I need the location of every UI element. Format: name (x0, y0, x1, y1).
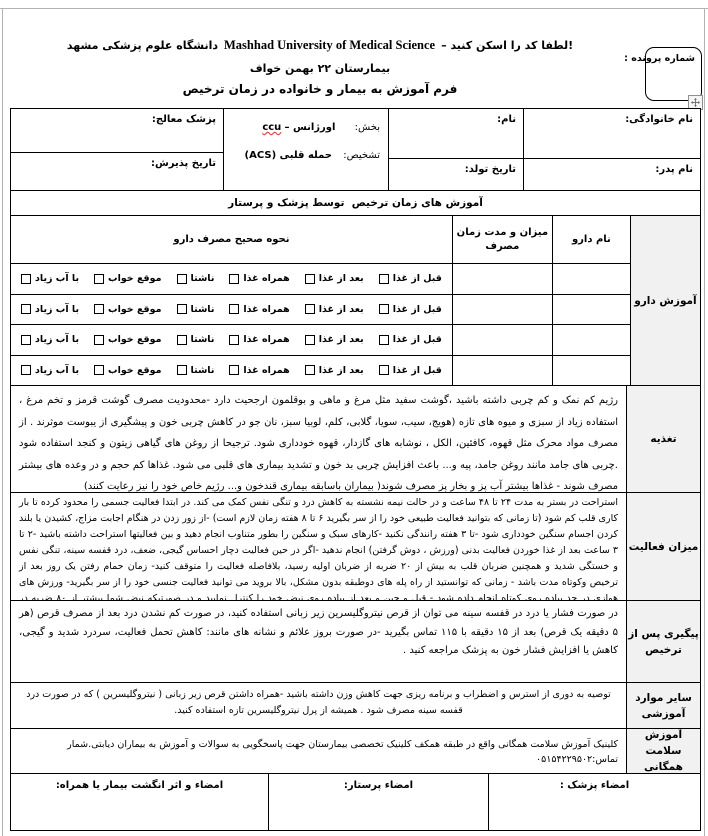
dose-option: قبل از غذا (379, 304, 442, 315)
checkbox-icon[interactable] (21, 274, 31, 284)
section-other-education: سایر موارد آموزشی توصیه به دوری از استرس… (11, 683, 700, 729)
ward-diagnosis-cell[interactable]: بخش: اورژانس – ccu تشخیص: حمله قلبی (ACS… (224, 109, 389, 190)
section-public-health: آموزش سلامت همگانی کلینیک آموزش سلامت هم… (11, 729, 700, 774)
dose-option: قبل از غذا (379, 334, 442, 345)
dose-option-label: با آب زیاد (35, 365, 79, 376)
drug-section-label: آموزش دارو (631, 216, 700, 385)
dose-option-label: ناشتا (191, 334, 215, 345)
drug-amount-cell[interactable] (453, 295, 553, 325)
drug-rows: قبل از غذا بعد از غذا همراه غذا ناشتا مو… (11, 264, 630, 385)
dose-option-label: موقع خواب (108, 334, 161, 345)
dose-option-label: ناشتا (191, 365, 215, 376)
drug-amount-header: میزان و مدت زمان مصرف (453, 216, 553, 263)
patient-info-row: نام خانوادگی: نام پدر: نام: تاریخ تولد: (11, 109, 700, 191)
page-edge-line (2, 8, 3, 836)
birth-date-field[interactable]: تاریخ تولد: (389, 159, 523, 190)
checkbox-icon[interactable] (177, 335, 187, 345)
checkbox-icon[interactable] (305, 335, 315, 345)
drug-name-cell[interactable] (553, 356, 630, 386)
checkbox-icon[interactable] (229, 365, 239, 375)
dose-option: ناشتا (177, 304, 215, 315)
public-health-label: آموزش سلامت همگانی (627, 729, 700, 773)
dose-option-label: ناشتا (191, 273, 215, 284)
dose-option-label: همراه غذا (243, 273, 289, 284)
main-form-table: نام خانوادگی: نام پدر: نام: تاریخ تولد: (10, 108, 701, 831)
dose-option-label: بعد از غذا (319, 334, 364, 345)
dose-option: با آب زیاد (21, 304, 79, 315)
physician-column: پزشک معالج: تاریخ پذیرش: (11, 109, 224, 190)
dose-option-label: بعد از غذا (319, 273, 364, 284)
checkbox-icon[interactable] (21, 335, 31, 345)
checkbox-icon[interactable] (379, 365, 389, 375)
activity-label: میزان فعالیت (627, 493, 700, 600)
nutrition-label: تغذیه (627, 386, 700, 492)
document-header: دانشگاه علوم پزشکی مشهد Mashhad Universi… (60, 38, 580, 96)
dose-option-label: موقع خواب (108, 365, 161, 376)
diagnosis-value: حمله قلبی (ACS) (245, 150, 332, 161)
dose-options: قبل از غذا بعد از غذا همراه غذا ناشتا مو… (11, 295, 453, 325)
signature-row: امضاء پزشک : امضاء پرستار: امضاء و اثر ا… (11, 774, 700, 830)
physician-label: پزشک معالج: (152, 114, 216, 125)
ward-line: بخش: اورژانس – ccu (232, 122, 380, 133)
checkbox-icon[interactable] (379, 304, 389, 314)
drug-name-header: نام دارو (553, 216, 630, 263)
dose-option-label: با آب زیاد (35, 304, 79, 315)
nutrition-text: رژیم کم نمک و کم چربی داشته باشید ،گوشت … (11, 386, 627, 492)
checkbox-icon[interactable] (229, 304, 239, 314)
checkbox-icon[interactable] (229, 335, 239, 345)
drug-amount-cell[interactable] (453, 325, 553, 355)
physician-field[interactable]: پزشک معالج: (11, 109, 223, 153)
ward-label: بخش: (355, 122, 380, 133)
father-name-field[interactable]: نام پدر: (524, 159, 700, 190)
drug-name-cell[interactable] (553, 264, 630, 294)
checkbox-icon[interactable] (21, 365, 31, 375)
dose-option-label: با آب زیاد (35, 334, 79, 345)
dose-option-label: بعد از غذا (319, 365, 364, 376)
dose-option: همراه غذا (229, 304, 289, 315)
checkbox-icon[interactable] (177, 274, 187, 284)
nurse-signature-label: امضاء پرستار: (344, 780, 413, 791)
dose-option: همراه غذا (229, 365, 289, 376)
followup-text: در صورت فشار یا درد در قفسه سینه می توان… (11, 601, 627, 682)
checkbox-icon[interactable] (94, 304, 104, 314)
followup-label: پیگیری پس از ترخیص (627, 601, 700, 682)
family-name-field[interactable]: نام خانوادگی: (524, 109, 700, 159)
dose-options: قبل از غذا بعد از غذا همراه غذا ناشتا مو… (11, 264, 453, 294)
checkbox-icon[interactable] (305, 365, 315, 375)
public-health-text: کلینیک آموزش سلامت همگانی واقع در طبقه ه… (11, 729, 627, 773)
checkbox-icon[interactable] (177, 304, 187, 314)
dose-option: بعد از غذا (305, 273, 364, 284)
drug-name-cell[interactable] (553, 295, 630, 325)
nurse-signature-field[interactable]: امضاء پرستار: (269, 774, 489, 830)
father-name-label: نام پدر: (655, 164, 693, 175)
checkbox-icon[interactable] (94, 365, 104, 375)
dose-option-label: قبل از غذا (393, 365, 442, 376)
admission-date-label: تاریخ پذیرش: (151, 158, 216, 169)
university-name-en: Mashhad University of Medical Science (224, 38, 435, 53)
scan-code-note: – لطفا کد را اسکن کنید! (441, 39, 573, 52)
dose-option: ناشتا (177, 365, 215, 376)
drug-amount-cell[interactable] (453, 264, 553, 294)
other-education-label: سایر موارد آموزشی (627, 683, 700, 728)
dose-option-label: بعد از غذا (319, 304, 364, 315)
move-arrows-icon (691, 98, 700, 107)
dose-option-label: قبل از غذا (393, 304, 442, 315)
drug-row: قبل از غذا بعد از غذا همراه غذا ناشتا مو… (11, 264, 630, 294)
page-edge-line (0, 8, 708, 9)
dose-option: قبل از غذا (379, 365, 442, 376)
dose-option: موقع خواب (94, 304, 161, 315)
education-title-bar: آموزش های زمان ترخیص توسط پزشک و پرستار (11, 191, 700, 216)
dose-option: موقع خواب (94, 334, 161, 345)
dose-option: ناشتا (177, 273, 215, 284)
checkbox-icon[interactable] (94, 335, 104, 345)
dose-option: بعد از غذا (305, 304, 364, 315)
dose-option: ناشتا (177, 334, 215, 345)
form-title: فرم آموزش به بیمار و خانواده در زمان ترخ… (60, 82, 580, 96)
checkbox-icon[interactable] (94, 274, 104, 284)
dose-option: قبل از غذا (379, 273, 442, 284)
checkbox-icon[interactable] (177, 365, 187, 375)
birth-date-label: تاریخ تولد: (465, 164, 516, 175)
dose-options: قبل از غذا بعد از غذا همراه غذا ناشتا مو… (11, 356, 453, 386)
first-name-field[interactable]: نام: (389, 109, 523, 159)
activity-text: استراحت در بستر به مدت ۲۴ تا ۴۸ ساعت و د… (11, 493, 627, 600)
dose-option-label: همراه غذا (243, 365, 289, 376)
checkbox-icon[interactable] (229, 274, 239, 284)
drug-table: نام دارو میزان و مدت زمان مصرف نحوه صحیح… (11, 216, 631, 385)
dose-option-label: قبل از غذا (393, 273, 442, 284)
dose-option-label: ناشتا (191, 304, 215, 315)
patient-signature-label: امضاء و اثر انگشت بیمار یا همراه: (56, 780, 223, 791)
file-number-label: شماره پرونده : (624, 53, 695, 64)
discharge-education-form-page: دانشگاه علوم پزشکی مشهد Mashhad Universi… (0, 0, 708, 836)
file-number-box[interactable]: شماره پرونده : (645, 47, 702, 101)
dose-option: همراه غذا (229, 334, 289, 345)
dose-option: با آب زیاد (21, 334, 79, 345)
dose-option: موقع خواب (94, 273, 161, 284)
checkbox-icon[interactable] (21, 304, 31, 314)
other-education-text: توصیه به دوری از استرس و اضطراب و برنامه… (11, 683, 627, 728)
first-name-column: نام: تاریخ تولد: (389, 109, 524, 190)
dose-option: بعد از غذا (305, 334, 364, 345)
checkbox-icon[interactable] (305, 304, 315, 314)
checkbox-icon[interactable] (379, 274, 389, 284)
dose-option-label: موقع خواب (108, 304, 161, 315)
hospital-name: بیمارستان ۲۲ بهمن خواف (60, 62, 580, 75)
university-name-fa: دانشگاه علوم پزشکی مشهد (67, 39, 218, 52)
drug-amount-cell[interactable] (453, 356, 553, 386)
dose-option: همراه غذا (229, 273, 289, 284)
physician-signature-label: امضاء پزشک : (560, 780, 629, 791)
dose-option-label: قبل از غذا (393, 334, 442, 345)
drug-section-label-text: آموزش دارو (634, 293, 696, 309)
first-name-label: نام: (497, 114, 516, 125)
patient-signature-field[interactable]: امضاء و اثر انگشت بیمار یا همراه: (11, 774, 269, 830)
checkbox-icon[interactable] (379, 335, 389, 345)
drug-usage-header: نحوه صحیح مصرف دارو (11, 216, 453, 263)
checkbox-icon[interactable] (305, 274, 315, 284)
drug-name-cell[interactable] (553, 325, 630, 355)
header-line-university: دانشگاه علوم پزشکی مشهد Mashhad Universi… (60, 38, 580, 53)
dose-option-label: موقع خواب (108, 273, 161, 284)
section-activity: میزان فعالیت استراحت در بستر به مدت ۲۴ ت… (11, 493, 700, 601)
drug-education-section: آموزش دارو نام دارو میزان و مدت زمان مصر… (11, 216, 700, 386)
diagnosis-label: تشخیص: (343, 150, 380, 161)
dose-option-label: همراه غذا (243, 334, 289, 345)
ward-value: اورژانس – (284, 122, 335, 133)
dose-option: بعد از غذا (305, 365, 364, 376)
dose-option-label: با آب زیاد (35, 273, 79, 284)
dose-option: موقع خواب (94, 365, 161, 376)
physician-signature-field[interactable]: امضاء پزشک : (489, 774, 700, 830)
dose-option: با آب زیاد (21, 273, 79, 284)
page-edge-line (704, 8, 705, 836)
family-name-label: نام خانوادگی: (625, 114, 693, 125)
ward-value-ccu: ccu (262, 122, 281, 133)
dose-option: با آب زیاد (21, 365, 79, 376)
dose-options: قبل از غذا بعد از غذا همراه غذا ناشتا مو… (11, 325, 453, 355)
admission-date-field[interactable]: تاریخ پذیرش: (11, 153, 223, 190)
diagnosis-line: تشخیص: حمله قلبی (ACS) (232, 150, 380, 161)
drug-row: قبل از غذا بعد از غذا همراه غذا ناشتا مو… (11, 294, 630, 325)
family-name-column: نام خانوادگی: نام پدر: (524, 109, 700, 190)
section-followup: پیگیری پس از ترخیص در صورت فشار یا درد د… (11, 601, 700, 683)
drug-row: قبل از غذا بعد از غذا همراه غذا ناشتا مو… (11, 324, 630, 355)
drug-table-header: نام دارو میزان و مدت زمان مصرف نحوه صحیح… (11, 216, 630, 264)
drug-row: قبل از غذا بعد از غذا همراه غذا ناشتا مو… (11, 355, 630, 386)
section-nutrition: تغذیه رژیم کم نمک و کم چربی داشته باشید … (11, 386, 700, 493)
dose-option-label: همراه غذا (243, 304, 289, 315)
